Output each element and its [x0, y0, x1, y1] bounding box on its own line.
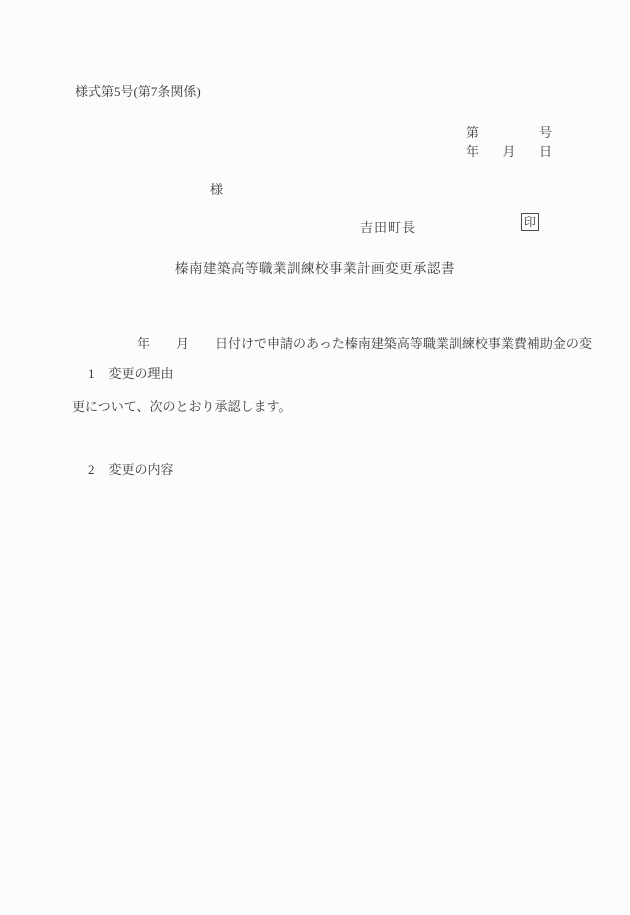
date-month-label: 月: [502, 141, 515, 160]
body-line-2: 更について、次のとおり承認します。: [72, 396, 572, 417]
seal-stamp: 印: [521, 213, 539, 231]
document-page: 様式第5号(第7条関係) 第 号 年 月 日 様 吉田町長 印 榛南建築高等職業…: [0, 0, 630, 915]
doc-number-prefix: 第: [466, 122, 479, 141]
section-2-number: 2: [88, 462, 95, 477]
doc-number-line: 第 号: [466, 122, 552, 141]
date-day-label: 日: [539, 141, 552, 160]
section-1-number: 1: [88, 366, 95, 381]
section-2-label: 変更の内容: [109, 462, 174, 477]
doc-number-suffix: 号: [539, 122, 552, 141]
form-number: 様式第5号(第7条関係): [75, 81, 201, 100]
recipient-honorific: 様: [210, 179, 223, 198]
section-1-heading: 1変更の理由: [75, 347, 174, 398]
section-2-heading: 2変更の内容: [75, 443, 174, 494]
section-1-label: 変更の理由: [109, 366, 174, 381]
date-line: 年 月 日: [466, 141, 552, 160]
date-year-label: 年: [466, 141, 479, 160]
document-title: 榛南建築高等職業訓練校事業計画変更承認書: [0, 257, 630, 277]
sender-name: 吉田町長: [360, 217, 416, 236]
